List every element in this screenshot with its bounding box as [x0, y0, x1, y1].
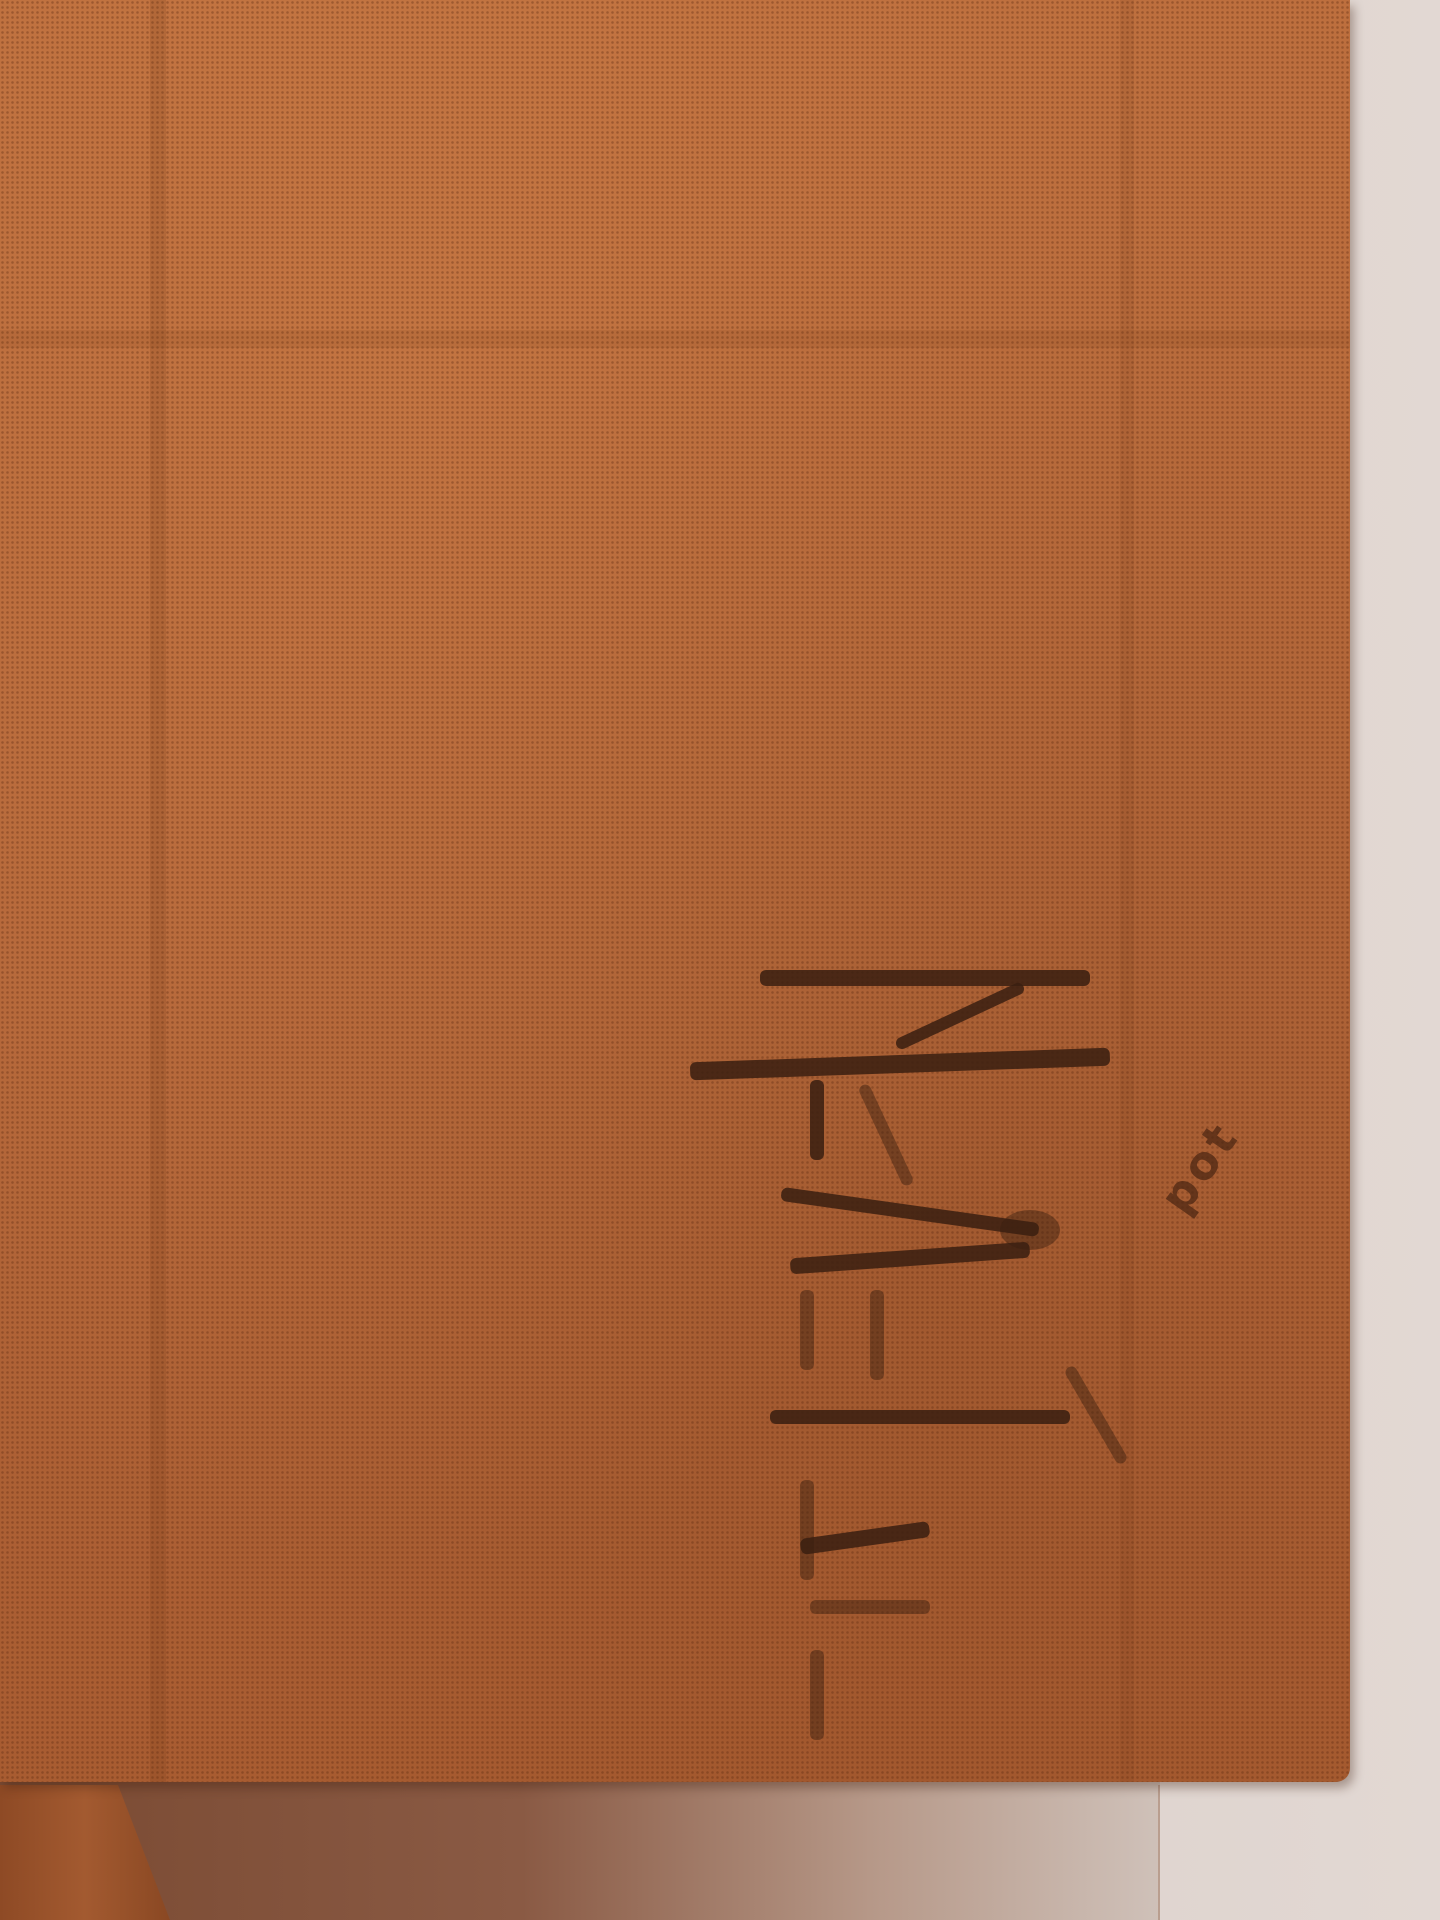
canvas-back: Handwritten signature (rotated, illegibl… — [0, 0, 1350, 1782]
stretcher-bar-horizontal — [0, 330, 1350, 348]
stretcher-bar-right — [1120, 0, 1134, 1782]
stretcher-bar-vertical — [150, 0, 166, 1782]
wall-seam — [1158, 1785, 1160, 1920]
inscription-text: Handwritten signature (rotated, illegibl… — [690, 960, 691, 961]
stamp-mark: pot — [1149, 1111, 1250, 1223]
handwritten-inscription: Handwritten signature (rotated, illegibl… — [690, 960, 1110, 1760]
floor-shadow — [0, 1780, 1160, 1920]
